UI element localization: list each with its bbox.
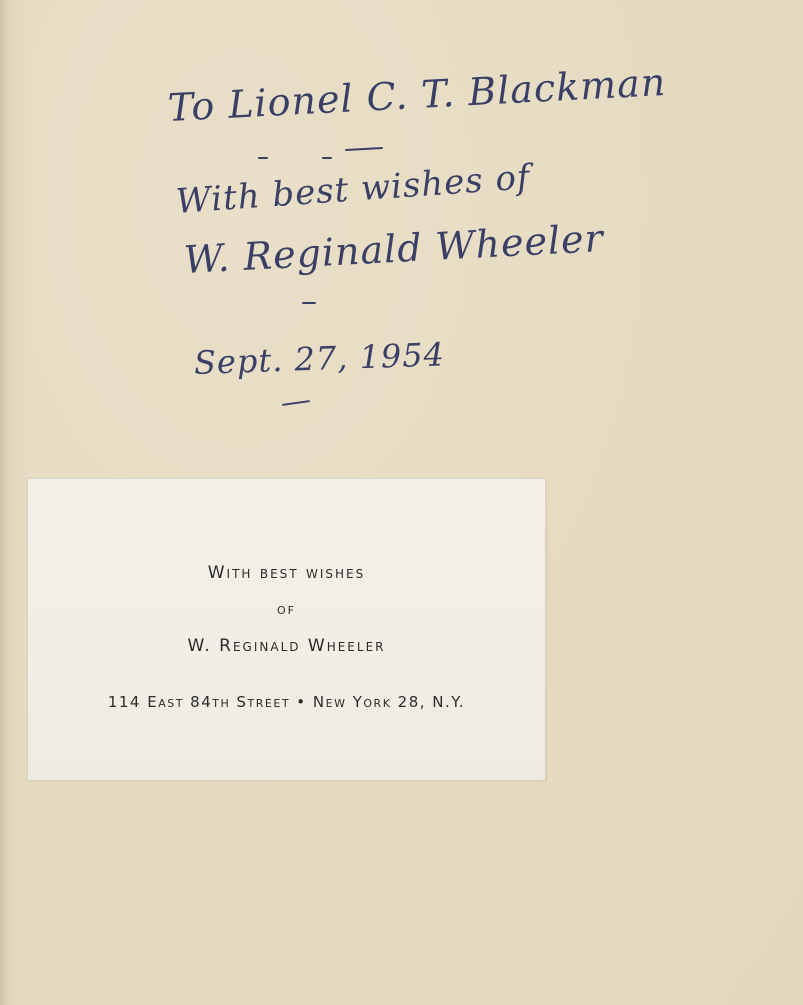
underline-mark: [282, 400, 310, 406]
card-greeting: With best wishes: [28, 563, 545, 583]
inscription-recipient: To Lionel C. T. Blackman: [167, 60, 667, 130]
underline-mark: [345, 147, 383, 151]
inscription-greeting: With best wishes of: [175, 157, 532, 222]
card-name: W. Reginald Wheeler: [28, 636, 545, 656]
underline-mark: [322, 157, 332, 159]
inscription-date: Sept. 27, 1954: [193, 335, 445, 382]
calling-card: With best wishes of W. Reginald Wheeler …: [28, 479, 545, 780]
card-address: 114 East 84th Street • New York 28, N.Y.: [28, 693, 545, 711]
underline-mark: [302, 302, 316, 304]
card-of: of: [28, 600, 545, 618]
underline-mark: [258, 157, 268, 159]
endpaper-page: To Lionel C. T. Blackman With best wishe…: [0, 0, 803, 1005]
inscription-signature: W. Reginald Wheeler: [183, 216, 605, 282]
